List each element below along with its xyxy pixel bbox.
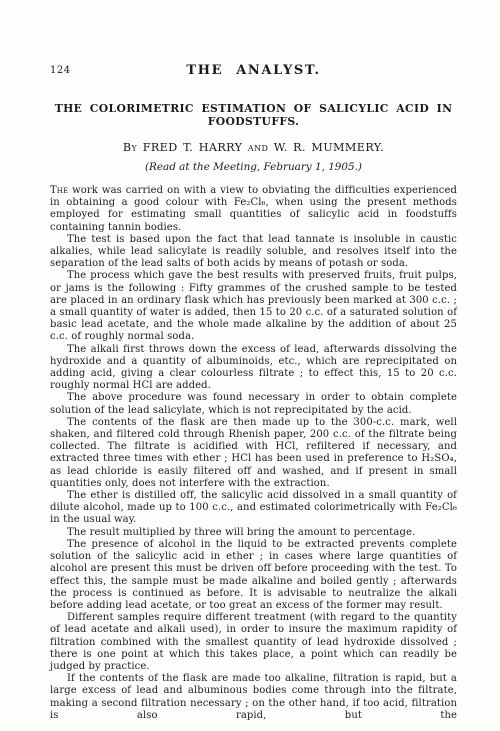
page-content: 124 THE ANALYST. THE COLORIMETRIC ESTIMA… — [50, 63, 457, 722]
paragraph: The contents of the flask are then made … — [50, 417, 457, 490]
meeting-note: (Read at the Meeting, February 1, 1905.) — [50, 161, 457, 173]
paragraph: Different samples require different trea… — [50, 612, 457, 673]
page-header: 124 THE ANALYST. — [50, 63, 457, 78]
paragraph: The work was carried on with a view to o… — [50, 185, 457, 234]
paragraph: The process which gave the best results … — [50, 270, 457, 343]
paragraph: If the contents of the flask are made to… — [50, 673, 457, 722]
paragraph-text: work was carried on with a view to obvia… — [50, 185, 457, 233]
paragraph: The test is based upon the fact that lea… — [50, 234, 457, 271]
page-number: 124 — [50, 65, 71, 76]
paragraph: The presence of alcohol in the liquid to… — [50, 539, 457, 612]
paragraph-lead-word: The — [50, 185, 68, 196]
article-title: THE COLORIMETRIC ESTIMATION OF SALICYLIC… — [50, 102, 457, 128]
byline-prefix: By — [123, 141, 137, 154]
paragraph: The result multiplied by three will brin… — [50, 527, 457, 539]
paragraph: The above procedure was found necessary … — [50, 392, 457, 416]
byline: By FRED T. HARRY and W. R. MUMMERY. — [50, 141, 457, 154]
byline-author-1: FRED T. HARRY — [143, 141, 243, 154]
article-body: The work was carried on with a view to o… — [50, 185, 457, 722]
byline-author-2: W. R. MUMMERY. — [274, 141, 384, 154]
paragraph: The alkali first throws down the excess … — [50, 344, 457, 393]
paragraph: The ether is distilled off, the salicyli… — [50, 490, 457, 527]
byline-conjunction: and — [248, 141, 268, 154]
journal-title: THE ANALYST. — [50, 63, 457, 78]
journal-page: 124 THE ANALYST. THE COLORIMETRIC ESTIMA… — [0, 0, 500, 731]
